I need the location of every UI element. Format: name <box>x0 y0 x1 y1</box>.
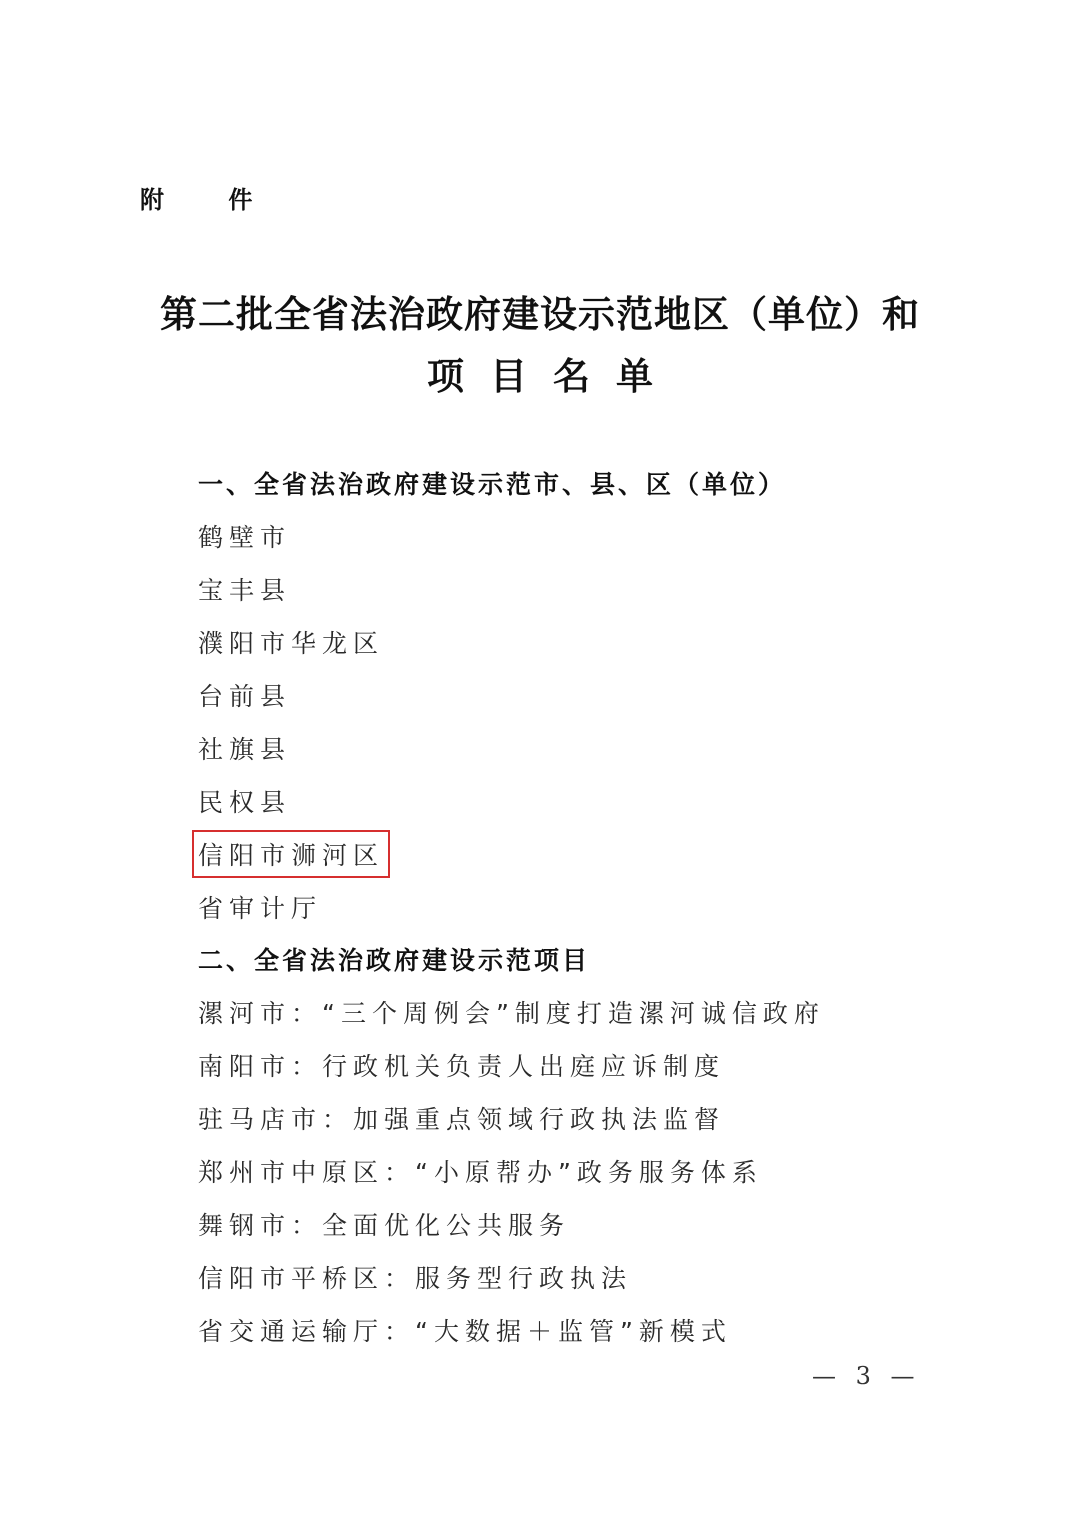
project-item: 信阳市平桥区：服务型行政执法 <box>198 1259 632 1295</box>
document-title-line-1: 第二批全省法治政府建设示范地区（单位）和 <box>0 284 1080 338</box>
document-title-line-2: 项目名单 <box>0 346 1080 400</box>
attachment-label: 附 件 <box>140 180 280 215</box>
project-item: 省交通运输厅：“大数据＋监管”新模式 <box>198 1312 732 1348</box>
section-1-heading: 一、全省法治政府建设示范市、县、区（单位） <box>198 465 786 501</box>
list-item: 濮阳市华龙区 <box>198 624 384 660</box>
list-item: 鹤壁市 <box>198 518 291 554</box>
project-item: 舞钢市：全面优化公共服务 <box>198 1206 570 1242</box>
project-item: 南阳市：行政机关负责人出庭应诉制度 <box>198 1047 725 1083</box>
highlighted-list-item: 信阳市浉河区 <box>198 836 384 872</box>
section-2-heading: 二、全省法治政府建设示范项目 <box>198 941 590 977</box>
project-item: 漯河市：“三个周例会”制度打造漯河诚信政府 <box>198 994 825 1030</box>
list-item: 民权县 <box>198 783 291 819</box>
project-item: 郑州市中原区：“小原帮办”政务服务体系 <box>198 1153 763 1189</box>
list-item: 社旗县 <box>198 730 291 766</box>
list-item: 台前县 <box>198 677 291 713</box>
list-item: 宝丰县 <box>198 571 291 607</box>
list-item: 省审计厅 <box>198 889 322 925</box>
project-item: 驻马店市：加强重点领域行政执法监督 <box>198 1100 725 1136</box>
page-number: — 3 — <box>812 1362 921 1390</box>
